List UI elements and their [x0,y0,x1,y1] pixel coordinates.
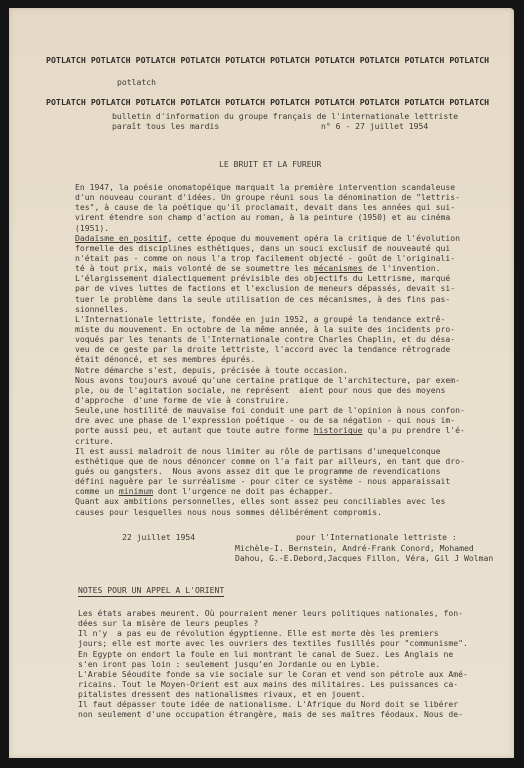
text-line: ple, ou de l'agitation sociale, ne repré… [75,385,465,395]
text-line: n'était pas - comme on nous l'a trop fac… [75,253,465,263]
text-line: dées sur la misère de leurs peuples ? [78,618,468,628]
text-line: dre avec une phase de l'expression poéti… [75,415,465,425]
signature-date: 22 juillet 1954 [122,532,195,542]
text-line: Il est aussi maladroit de nous limiter a… [75,446,465,456]
underlined-text: historique [314,425,363,435]
text-line: gués ou gangsters. Nous avons assez dit … [75,466,465,476]
text-line: Il faut dépasser toute idée de nationali… [78,699,468,709]
text-line: veu de ce geste par la droite lettriste,… [75,344,465,354]
text-line: Notre démarche s'est, depuis, précisée à… [75,365,465,375]
article-2-body: Les états arabes meurent. Où pourraient … [78,608,468,720]
article-title-le-bruit-et-la-fureur: LE BRUIT ET LA FUREUR [219,159,321,169]
signature-for: pour l'Internationale lettriste : [296,532,457,542]
text-line: Les états arabes meurent. Où pourraient … [78,608,468,618]
bulletin-description: bulletin d'information du groupe françai… [112,111,458,121]
text-line: ricains. Tout le Moyen-Orient est aux ma… [78,679,468,689]
document-page: POTLATCH POTLATCH POTLATCH POTLATCH POTL… [9,8,514,758]
text-line: criture. [75,436,465,446]
text-line: pitalistes dressent des nationalismes ri… [78,689,468,699]
underlined-text: mécanismes [314,263,363,273]
text-line: était dénoncé, et ses membres épurés. [75,354,465,364]
text-line: (1951). [75,223,465,233]
text-line: En Egypte on endort la foule en lui mont… [78,649,468,659]
signature-names-line-1: Michèle-I. Bernstein, André-Frank Conord… [235,543,474,553]
text-line: causes pour lesquelles nous nous sommes … [75,507,465,517]
text-line: Seule,une hostilité de mauvaise foi cond… [75,405,465,415]
text-line: esthétique que de nous dénoncer comme on… [75,456,465,466]
text-line: Il n'y a pas eu de révolution égyptienne… [78,628,468,638]
text-line: d'approche d'une forme de vie à construi… [75,395,465,405]
text-line: porte aussi peu, et autant que toute aut… [75,425,465,435]
text-line: jours; elle est morte avec les ouvriers … [78,638,468,648]
text-line: s'en iront pas loin : seulement jusqu'en… [78,659,468,669]
article-1-body: En 1947, la poésie onomatopéique marquai… [75,182,465,517]
text-line: té à tout prix, mais volonté de se soume… [75,263,465,273]
underlined-text: minimum [119,486,153,496]
masthead-subtitle: potlatch [117,77,156,87]
text-line: d'un nouveau courant d'idées. Un groupe … [75,192,465,202]
text-line: par de vives luttes de factions et l'exc… [75,283,465,293]
masthead-row-1: POTLATCH POTLATCH POTLATCH POTLATCH POTL… [46,55,489,65]
text-line: tuer le problème dans la seule utilisati… [75,294,465,304]
text-line: L'élargissement dialectiquement prévisib… [75,273,465,283]
text-line: Dadaïsme en positif, cette époque du mou… [75,233,465,243]
text-line: voqués par les tenants de l'Internationa… [75,334,465,344]
underlined-text: Dadaïsme en positif [75,233,168,243]
text-line: L'Internationale lettriste, fondée en ju… [75,314,465,324]
text-line: virent étendre son champ d'action au rom… [75,212,465,222]
article-title-notes-pour-un-appel: NOTES POUR UN APPEL A L'ORIENT [78,585,224,597]
text-line: tes", à cause de la poétique qu'il procl… [75,202,465,212]
text-line: non seulement d'une occupation étrangère… [78,709,468,719]
signature-names-line-2: Dahou, G.-E.Debord,Jacques Fillon, Véra,… [235,553,493,563]
text-line: En 1947, la poésie onomatopéique marquai… [75,182,465,192]
text-line: sionnelles. [75,304,465,314]
issue-number-date: n° 6 - 27 juillet 1954 [321,121,428,131]
text-line: comme un minimum dont l'urgence ne doit … [75,486,465,496]
bulletin-frequency: paraît tous les mardis [112,121,219,131]
text-line: défini naguère par le surréalisme - pour… [75,476,465,486]
text-line: L'Arabie Séoudite fonde sa vie sociale s… [78,669,468,679]
text-line: miste du mouvement. En octobre de la mêm… [75,324,465,334]
masthead-row-2: POTLATCH POTLATCH POTLATCH POTLATCH POTL… [46,97,489,107]
text-line: formelle des disciplines esthétiques, da… [75,243,465,253]
text-line: Nous avons toujours avoué qu'une certain… [75,375,465,385]
text-line: Quant aux ambitions personnelles, elles … [75,496,465,506]
